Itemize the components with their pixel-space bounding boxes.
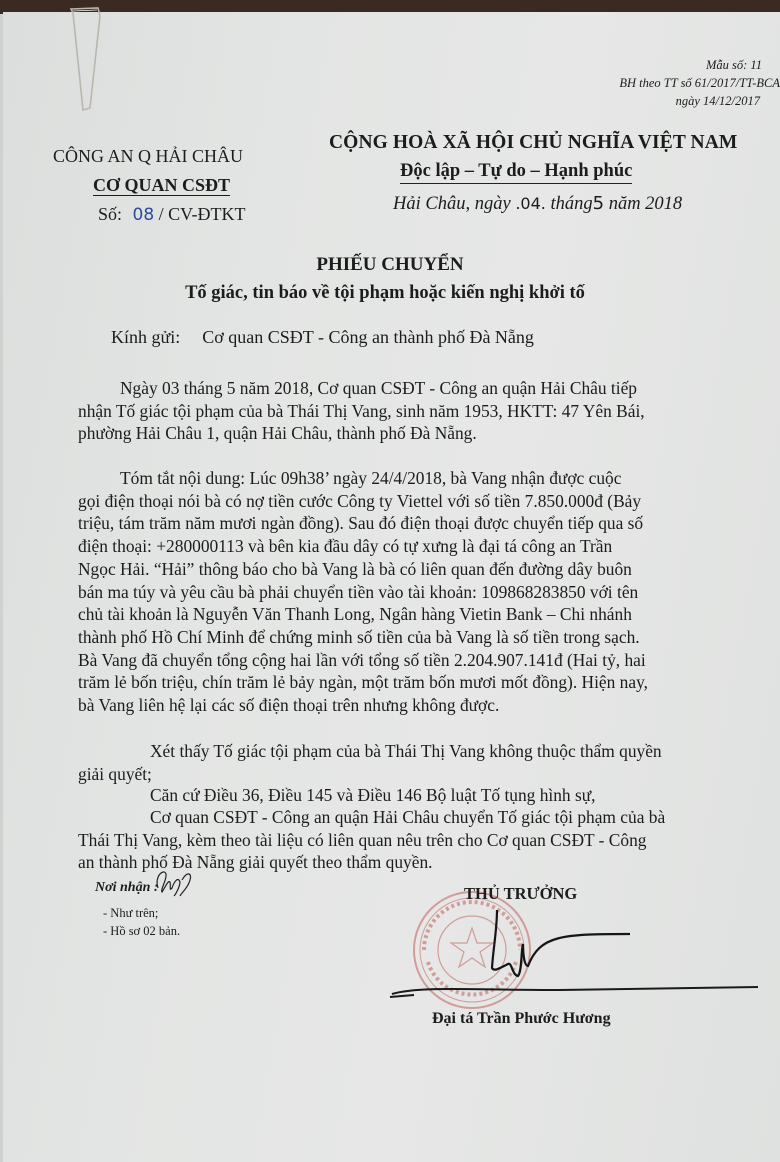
body-line: Tóm tắt nội dung: Lúc 09h38’ ngày 24/4/2… <box>78 467 720 490</box>
date-prefix: Hải Châu, ngày <box>393 194 511 214</box>
nation-title: CỘNG HOÀ XÃ HỘI CHỦ NGHĨA VIỆT NAM <box>329 132 737 154</box>
body-line: triệu, tám trăm năm mươi ngàn đồng). Sau… <box>78 512 720 535</box>
body-line: Ngày 03 tháng 5 năm 2018, Cơ quan CSĐT -… <box>78 377 720 400</box>
recipient-item: - Như trên; <box>103 905 158 922</box>
initials-signature-icon <box>152 866 200 900</box>
body-line: chủ tài khoản là Nguyễn Văn Thanh Long, … <box>78 603 720 626</box>
form-number-line: Mẫu số: 11 <box>600 56 780 74</box>
department-name: CƠ QUAN CSĐT <box>93 175 230 196</box>
number-handwritten: 08 <box>133 205 155 225</box>
number-label: Số: <box>98 204 122 224</box>
recipient-line: Kính gửi:Cơ quan CSĐT - Công an thành ph… <box>111 327 534 348</box>
date-month-label: tháng <box>550 194 592 214</box>
body-line: bán ma túy và yêu cầu bà phải chuyển tiề… <box>78 581 720 604</box>
document-number: Số: 08 / CV-ĐTKT <box>98 204 246 225</box>
body-line: Thái Thị Vang, kèm theo tài liệu có liên… <box>78 829 720 852</box>
body-line: Xét thấy Tố giác tội phạm của bà Thái Th… <box>78 740 720 763</box>
form-number: Mẫu số: 11 BH theo TT số 61/2017/TT-BCA … <box>600 56 780 110</box>
body-line: Bà Vang đã chuyển tổng cộng hai lần với … <box>78 649 720 672</box>
body-line: Căn cứ Điều 36, Điều 145 và Điều 146 Bộ … <box>78 784 720 807</box>
body-paragraph: Căn cứ Điều 36, Điều 145 và Điều 146 Bộ … <box>78 784 720 807</box>
issue-date: Hải Châu, ngày .04. tháng5 năm 2018 <box>393 193 682 215</box>
body-line: Ngọc Hải. “Hải” thông báo cho bà Vang là… <box>78 558 720 581</box>
recipients-label: Nơi nhận : <box>95 880 159 896</box>
national-motto: Độc lập – Tự do – Hạnh phúc <box>400 161 632 184</box>
body-paragraph: Cơ quan CSĐT - Công an quận Hải Châu chu… <box>78 806 720 874</box>
signer-name: Đại tá Trần Phước Hương <box>432 1010 611 1028</box>
signature-title: THỦ TRƯỞNG <box>464 884 577 904</box>
date-month: 5 <box>593 193 604 214</box>
body-line: thành phố Hồ Chí Minh để chứng minh số t… <box>78 626 720 649</box>
form-number-circular: BH theo TT số 61/2017/TT-BCA <box>600 74 780 92</box>
form-number-date: ngày 14/12/2017 <box>600 92 780 110</box>
recipient-label: Kính gửi: <box>111 327 180 347</box>
body-line: giải quyết; <box>78 763 720 786</box>
body-line: bà Vang liên hệ lại các số điện thoại tr… <box>78 694 720 717</box>
agency-name: CÔNG AN Q HẢI CHÂU <box>53 146 243 167</box>
body-line: phường Hải Châu 1, quận Hải Châu, thành … <box>78 422 720 445</box>
document-subtitle: Tố giác, tin báo về tội phạm hoặc kiến n… <box>0 283 770 304</box>
recipient-name: Cơ quan CSĐT - Công an thành phố Đà Nẵng <box>202 327 534 347</box>
body-paragraph: Tóm tắt nội dung: Lúc 09h38’ ngày 24/4/2… <box>78 467 720 717</box>
body-line: gọi điện thoại nói bà có nợ tiền cước Cô… <box>78 490 720 513</box>
document-title: PHIẾU CHUYỂN <box>0 254 780 276</box>
number-suffix: / CV-ĐTKT <box>159 204 246 224</box>
body-paragraph: Ngày 03 tháng 5 năm 2018, Cơ quan CSĐT -… <box>78 377 720 445</box>
official-stamp-icon <box>410 888 534 1012</box>
body-line: điện thoại: +280000113 và bên kia đầu dâ… <box>78 535 720 558</box>
paperclip-icon <box>68 4 106 112</box>
date-suffix: năm 2018 <box>609 194 683 214</box>
body-line: Cơ quan CSĐT - Công an quận Hải Châu chu… <box>78 806 720 829</box>
date-day: .04. <box>515 194 546 213</box>
body-line: nhận Tố giác tội phạm của bà Thái Thị Va… <box>78 400 720 423</box>
body-paragraph: Xét thấy Tố giác tội phạm của bà Thái Th… <box>78 740 720 785</box>
body-line: trăm lẻ bốn triệu, chín trăm lẻ bảy ngàn… <box>78 671 720 694</box>
recipient-item: - Hồ sơ 02 bản. <box>103 923 180 940</box>
